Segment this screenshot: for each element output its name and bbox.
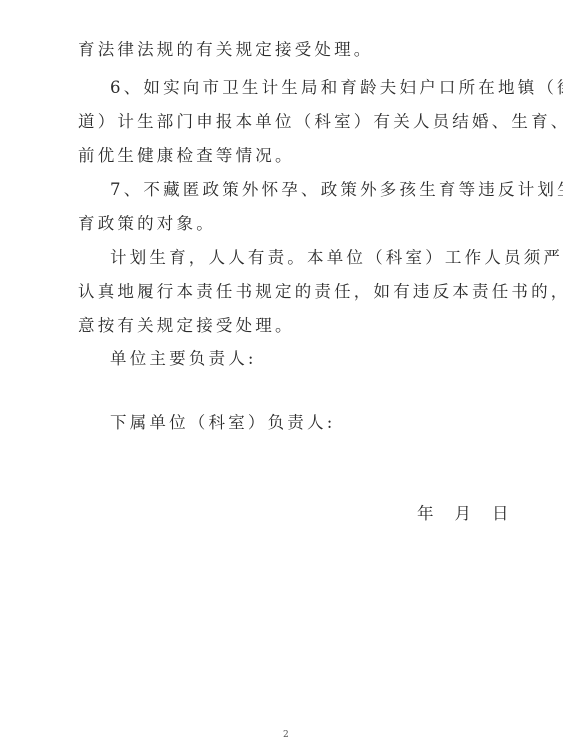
item-6-line-3: 前优生健康检查等情况。 (78, 146, 295, 166)
item-6-line-1: 6、如实向市卫生计生局和育龄夫妇户口所在地镇（街 (110, 78, 563, 98)
page-number: 2 (283, 730, 289, 740)
closing-line-2: 认真地履行本责任书规定的责任，如有违反本责任书的，愿 (78, 282, 563, 302)
unit-head-signature-label: 单位主要负责人: (110, 349, 257, 369)
item-7-line-1: 7、不藏匿政策外怀孕、政策外多孩生育等违反计划生 (110, 180, 563, 200)
closing-line-3: 意按有关规定接受处理。 (78, 316, 295, 336)
subunit-head-signature-label: 下属单位（科室）负责人: (110, 413, 335, 433)
closing-line-1: 计划生育，人人有责。本单位（科室）工作人员须严肃 (110, 248, 563, 268)
item-6-line-2: 道）计生部门申报本单位（科室）有关人员结婚、生育、孕 (78, 112, 563, 132)
date-day: 日 (492, 504, 509, 524)
date-month: 月 (455, 504, 472, 524)
date-line: 年月日 (417, 504, 530, 524)
paragraph-5-tail: 育法律法规的有关规定接受处理。 (78, 40, 374, 60)
date-year: 年 (417, 504, 434, 524)
item-7-line-2: 育政策的对象。 (78, 214, 216, 234)
